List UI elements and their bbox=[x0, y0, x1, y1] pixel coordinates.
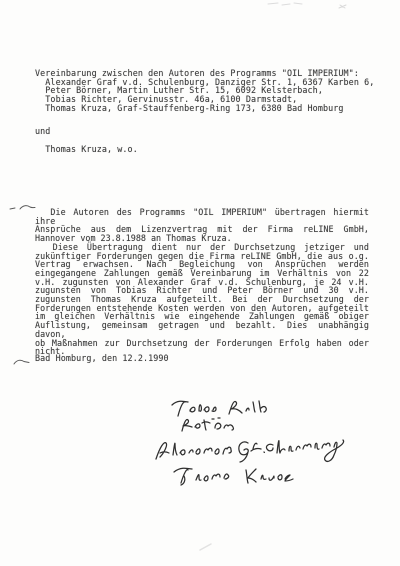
second-party-line: Thomas Kruza, w.o. bbox=[35, 145, 138, 154]
header-line: Thomas Kruza, Graf-Stauffenberg-Ring 173… bbox=[35, 104, 374, 113]
scan-smudge-top-1 bbox=[266, 0, 306, 8]
dateline: Bad Homburg, den 12.2.1990 bbox=[35, 354, 169, 363]
agreement-header: Vereinbarung zwischen den Autoren des Pr… bbox=[35, 69, 374, 113]
scan-smudge-bottom bbox=[197, 541, 215, 553]
body-line: ob Maßnahmen zur Durchsetzung der Forder… bbox=[35, 339, 369, 348]
body-line: Auflistung, gemeinsam getragen und bezah… bbox=[35, 321, 369, 338]
signature-thomas-kruza bbox=[169, 461, 299, 491]
margin-pen-mark-1 bbox=[9, 203, 37, 214]
body-text: Die Autoren des Programms "OIL IMPERIUM"… bbox=[35, 208, 369, 356]
connector-text: und bbox=[35, 127, 50, 136]
scan-smudge-top-2 bbox=[336, 2, 350, 11]
margin-pen-mark-2 bbox=[13, 357, 35, 368]
document-page: Vereinbarung zwischen den Autoren des Pr… bbox=[0, 0, 400, 566]
body-line: Die Autoren des Programms "OIL IMPERIUM"… bbox=[35, 208, 369, 225]
